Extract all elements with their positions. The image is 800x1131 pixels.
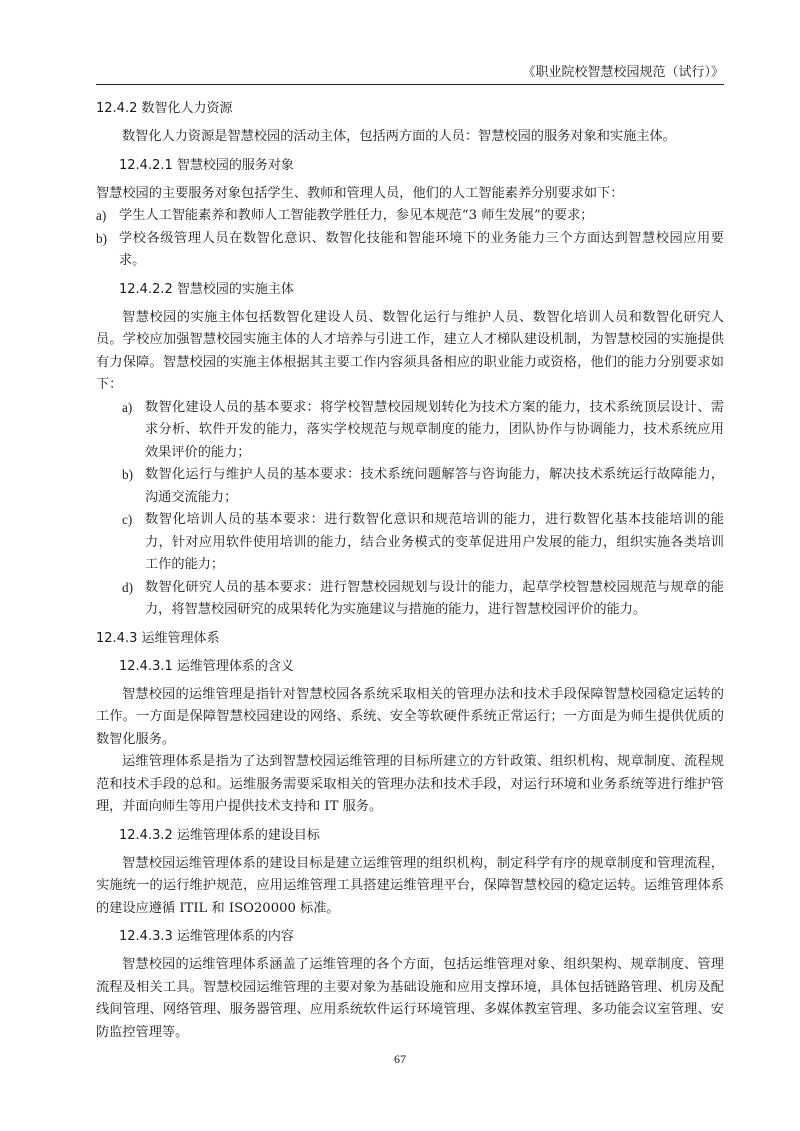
list-item: d) 数智化研究人员的基本要求：进行智慧校园规划与设计的能力，起草学校智慧校园规…	[122, 577, 724, 622]
running-header: 《职业院校智慧校园规范（试行）》	[96, 64, 724, 85]
paragraph: 智慧校园的运维管理体系涵盖了运维管理的各个方面，包括运维管理对象、组织架构、规章…	[96, 954, 724, 1044]
section-heading-12-4-3-3: 12.4.3.3 运维管理体系的内容	[96, 926, 724, 948]
section-heading-12-4-2-1: 12.4.2.1 智慧校园的服务对象	[96, 155, 724, 177]
list-item-text: 数智化研究人员的基本要求：进行智慧校园规划与设计的能力，起草学校智慧校园规范与规…	[145, 580, 724, 618]
list-item: a) 学生人工智能素养和教师人工智能教学胜任力，参见本规范“3 师生发展”的要求…	[96, 205, 724, 228]
paragraph: 智慧校园运维管理体系的建设目标是建立运维管理的组织机构，制定科学有序的规章制度和…	[96, 853, 724, 921]
list-marker: a)	[96, 205, 106, 228]
list-item: a) 数智化建设人员的基本要求：将学校智慧校园规划转化为技术方案的能力，技术系统…	[122, 397, 724, 465]
paragraph: 智慧校园的主要服务对象包括学生、教师和管理人员，他们的人工智能素养分别要求如下：	[96, 183, 724, 206]
document-title: 《职业院校智慧校园规范（试行）》	[522, 65, 724, 80]
section-heading-12-4-2-2: 12.4.2.2 智慧校园的实施主体	[96, 279, 724, 301]
list-item-text: 数智化建设人员的基本要求：将学校智慧校园规划转化为技术方案的能力，技术系统顶层设…	[145, 400, 724, 460]
list-item-text: 数智化培训人员的基本要求：进行数智化意识和规范培训的能力，进行数智化基本技能培训…	[145, 512, 724, 572]
list-item-text: 学生人工智能素养和教师人工智能教学胜任力，参见本规范“3 师生发展”的要求；	[119, 208, 593, 223]
list-item: b) 数智化运行与维护人员的基本要求：技术系统问题解答与咨询能力，解决技术系统运…	[122, 464, 724, 509]
paragraph: 运维管理体系是指为了达到智慧校园运维管理的目标所建立的方针政策、组织机构、规章制…	[96, 751, 724, 819]
list-marker: b)	[96, 228, 107, 251]
implementer-list: a) 数智化建设人员的基本要求：将学校智慧校园规划转化为技术方案的能力，技术系统…	[96, 397, 724, 622]
list-item: c) 数智化培训人员的基本要求：进行数智化意识和规范培训的能力，进行数智化基本技…	[122, 509, 724, 577]
paragraph: 智慧校园的运维管理是指针对智慧校园各系统采取相关的管理办法和技术手段保障智慧校园…	[96, 684, 724, 752]
section-heading-12-4-2: 12.4.2 数智化人力资源	[96, 98, 724, 120]
list-marker: a)	[122, 397, 132, 420]
page-number: 67	[0, 1052, 800, 1067]
list-marker: d)	[122, 577, 133, 600]
paragraph: 智慧校园的实施主体包括数智化建设人员、数智化运行与维护人员、数智化培训人员和数智…	[96, 307, 724, 397]
paragraph: 数智化人力资源是智慧校园的活动主体，包括两方面的人员：智慧校园的服务对象和实施主…	[96, 126, 724, 149]
section-heading-12-4-3-1: 12.4.3.1 运维管理体系的含义	[96, 656, 724, 678]
list-marker: b)	[122, 464, 133, 487]
list-marker: c)	[122, 509, 132, 532]
list-item: b) 学校各级管理人员在数智化意识、数智化技能和智能环境下的业务能力三个方面达到…	[96, 228, 724, 273]
list-item-text: 数智化运行与维护人员的基本要求：技术系统问题解答与咨询能力，解决技术系统运行故障…	[145, 467, 724, 505]
page-body: 12.4.2 数智化人力资源 数智化人力资源是智慧校园的活动主体，包括两方面的人…	[96, 98, 724, 1044]
section-heading-12-4-3-2: 12.4.3.2 运维管理体系的建设目标	[96, 825, 724, 847]
service-target-list: a) 学生人工智能素养和教师人工智能教学胜任力，参见本规范“3 师生发展”的要求…	[96, 205, 724, 273]
section-heading-12-4-3: 12.4.3 运维管理体系	[96, 628, 724, 650]
list-item-text: 学校各级管理人员在数智化意识、数智化技能和智能环境下的业务能力三个方面达到智慧校…	[119, 231, 724, 269]
